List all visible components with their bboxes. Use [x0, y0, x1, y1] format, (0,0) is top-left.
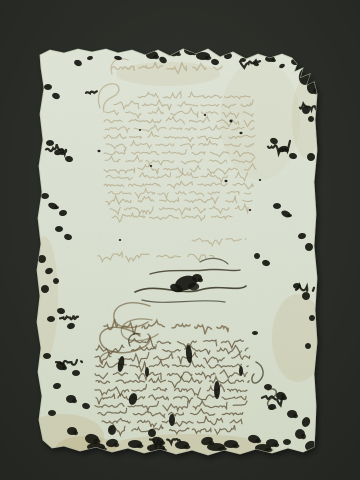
damage-spot [252, 331, 258, 335]
damage-spot-satellite [153, 55, 159, 59]
damage-spot [259, 179, 261, 181]
damage-spot-satellite [282, 396, 287, 400]
damage-spot [139, 129, 141, 131]
damage-spot [48, 410, 56, 416]
damage-spot-satellite [232, 444, 239, 448]
damage-spot [214, 381, 220, 399]
damage-spot [283, 439, 291, 445]
damage-spot [148, 429, 156, 437]
damage-spot [305, 243, 313, 251]
damage-spot-satellite [271, 59, 276, 62]
damage-spot [38, 255, 46, 263]
damage-spot-satellite [255, 439, 261, 443]
damage-spot [44, 84, 52, 90]
damage-spot-satellite [60, 152, 65, 155]
damage-spot-satellite [198, 278, 203, 282]
damage-spot [307, 153, 315, 161]
damage-spot-satellite [54, 206, 59, 209]
damage-spot [43, 353, 51, 359]
damage-spot [225, 180, 228, 182]
damage-spot [108, 425, 116, 435]
damage-spot-satellite [62, 366, 67, 370]
damage-spot [305, 343, 311, 349]
damage-spot [230, 120, 233, 123]
damage-spot [204, 114, 206, 116]
damage-spot-satellite [136, 444, 143, 448]
damage-spot [302, 106, 310, 114]
damage-spot [264, 384, 272, 390]
damage-spot [98, 150, 101, 152]
damage-spot [293, 283, 301, 289]
damage-spot [273, 203, 281, 209]
damage-spot [150, 165, 152, 167]
damage-spot-satellite [177, 288, 183, 292]
damage-spot [309, 315, 315, 321]
damage-spot [240, 132, 243, 134]
damage-spot-satellite [204, 56, 211, 60]
damage-spot [46, 140, 54, 146]
damage-spot-satellite [73, 431, 78, 435]
damage-worm-mark [86, 91, 97, 93]
manuscript-photo [0, 0, 360, 480]
damage-spot [249, 209, 251, 211]
damage-spot-satellite [176, 53, 181, 56]
damage-spot-satellite [287, 214, 292, 217]
damage-spot [47, 316, 55, 322]
damage-spot-satellite [188, 283, 199, 291]
damage-spot [53, 278, 59, 284]
damage-spot [41, 193, 49, 199]
damage-spot-satellite [293, 414, 298, 418]
damage-spot [254, 253, 260, 259]
damage-spot [119, 239, 121, 241]
damage-spot-satellite [301, 434, 306, 440]
damage-spot [72, 370, 80, 376]
damage-spot [145, 367, 149, 377]
damage-spot-satellite [273, 443, 279, 447]
damage-spot-satellite [183, 445, 190, 449]
damage-spot [308, 116, 314, 122]
damage-spot-satellite [113, 443, 119, 447]
damage-spot [239, 366, 243, 376]
damage-spot-satellite [284, 149, 289, 152]
damage-spot [55, 226, 63, 232]
damage-spot [240, 58, 246, 62]
damage-spot [169, 414, 175, 426]
photograph [0, 0, 360, 480]
damage-spot-satellite [72, 399, 77, 403]
damage-spot [41, 285, 49, 293]
